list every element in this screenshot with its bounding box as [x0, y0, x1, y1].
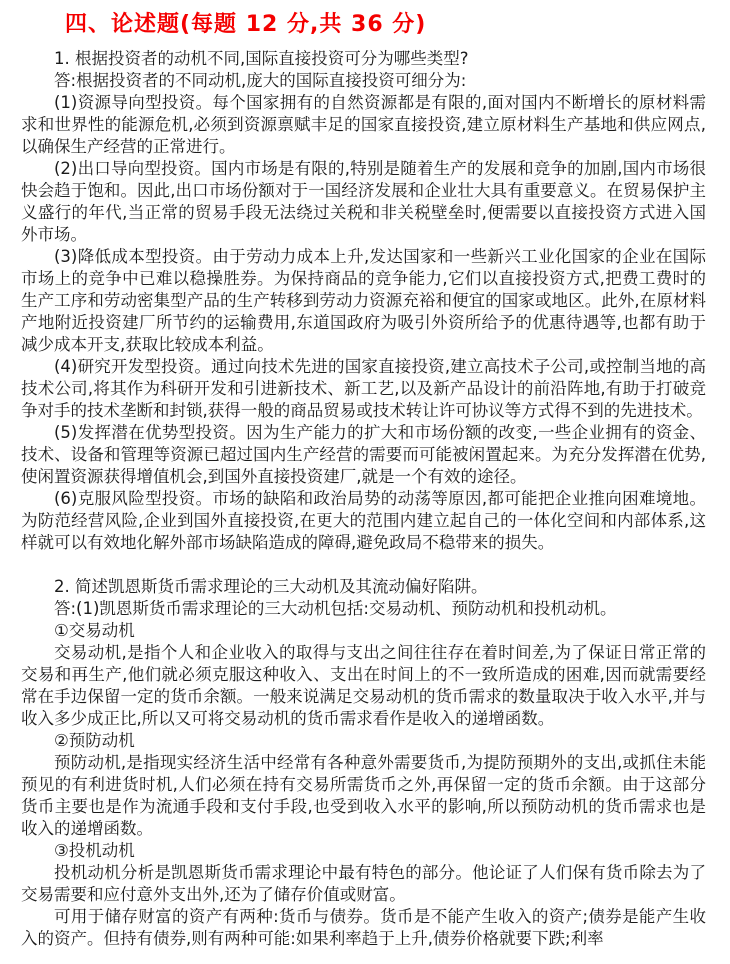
motive-subheading: ②预防动机 — [21, 730, 706, 752]
section-title: 四、论述题(每题 12 分,共 36 分) — [65, 10, 706, 40]
paragraph-spacer — [21, 554, 706, 576]
answer-line: 答:(1)凯恩斯货币需求理论的三大动机包括:交易动机、预防动机和投机动机。 — [21, 598, 706, 620]
paragraph: (4)研究开发型投资。通过向技术先进的国家直接投资,建立高技术子公司,或控制当地… — [21, 356, 706, 422]
paragraph: 投机动机分析是凯恩斯货币需求理论中最有特色的部分。他论证了人们保有货币除去为了交… — [21, 862, 706, 906]
paragraph: (5)发挥潜在优势型投资。因为生产能力的扩大和市场份额的改变,一些企业拥有的资金… — [21, 422, 706, 488]
question-line: 2. 简述凯恩斯货币需求理论的三大动机及其流动偏好陷阱。 — [21, 576, 706, 598]
paragraph: (1)资源导向型投资。每个国家拥有的自然资源都是有限的,面对国内不断增长的原材料… — [21, 92, 706, 158]
paragraph: (3)降低成本型投资。由于劳动力成本上升,发达国家和一些新兴工业化国家的企业在国… — [21, 246, 706, 356]
motive-subheading: ①交易动机 — [21, 620, 706, 642]
paragraph: 预防动机,是指现实经济生活中经常有各种意外需要货币,为提防预期外的支出,或抓住未… — [21, 752, 706, 840]
paragraph: 交易动机,是指个人和企业收入的取得与支出之间往往存在着时间差,为了保证日常正常的… — [21, 642, 706, 730]
paragraph: 可用于储存财富的资产有两种:货币与债券。货币是不能产生收入的资产;债券是能产生收… — [21, 906, 706, 950]
document-page: { "document": { "section_title": "四、论述题(… — [0, 0, 730, 964]
paragraph: (6)克服风险型投资。市场的缺陷和政治局势的动荡等原因,都可能把企业推向困难境地… — [21, 488, 706, 554]
page: 四、论述题(每题 12 分,共 36 分) 1. 根据投资者的动机不同,国际直接… — [0, 0, 730, 964]
answer-line: 答:根据投资者的不同动机,庞大的国际直接投资可细分为: — [21, 70, 706, 92]
document-body: 1. 根据投资者的动机不同,国际直接投资可分为哪些类型?答:根据投资者的不同动机… — [21, 48, 706, 950]
question-line: 1. 根据投资者的动机不同,国际直接投资可分为哪些类型? — [21, 48, 706, 70]
motive-subheading: ③投机动机 — [21, 840, 706, 862]
paragraph: (2)出口导向型投资。国内市场是有限的,特别是随着生产的发展和竞争的加剧,国内市… — [21, 158, 706, 246]
